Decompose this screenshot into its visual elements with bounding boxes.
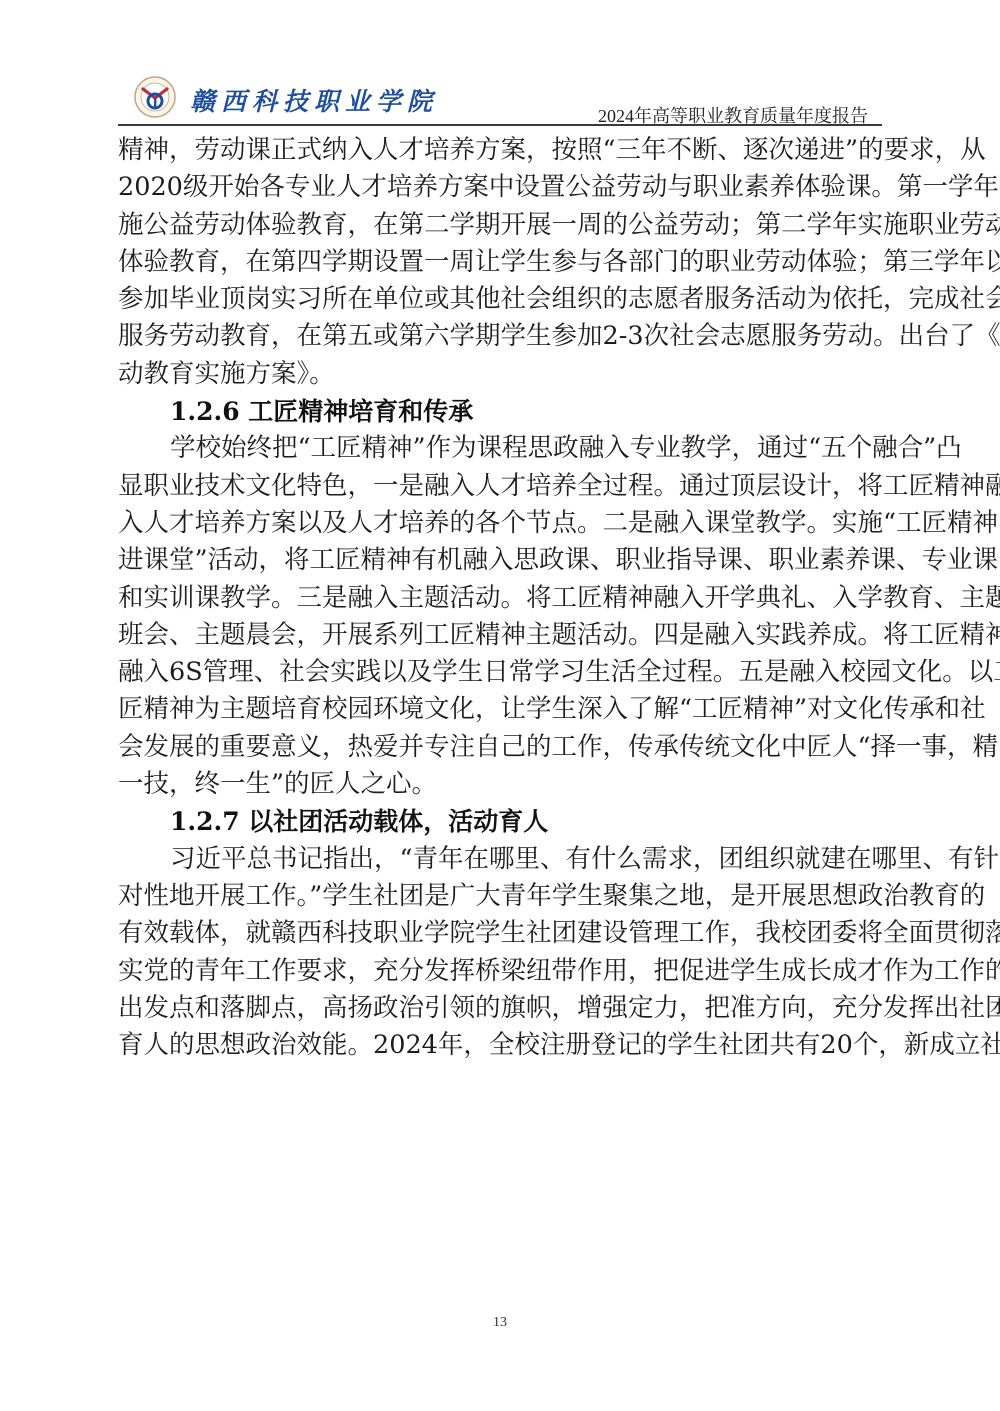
paragraph-line: 和实训课教学。三是融入主题活动。将工匠精神融入开学典礼、入学教育、主题 bbox=[118, 580, 884, 617]
school-logo-icon bbox=[134, 76, 176, 118]
paragraph-line: 学校始终把“工匠精神”作为课程思政融入专业教学，通过“五个融合”凸 bbox=[118, 430, 884, 467]
paragraph-line: 会发展的重要意义，热爱并专注自己的工作，传承传统文化中匠人“择一事，精 bbox=[118, 729, 884, 766]
paragraph-line: 入人才培养方案以及人才培养的各个节点。二是融入课堂教学。实施“工匠精神 bbox=[118, 505, 884, 542]
section-heading-1-2-7: 1.2.7 以社团活动载体，活动育人 bbox=[118, 803, 884, 840]
paragraph-line: 融入6S管理、社会实践以及学生日常学习生活全过程。五是融入校园文化。以工 bbox=[118, 654, 884, 691]
section-heading-1-2-6: 1.2.6 工匠精神培育和传承 bbox=[118, 393, 884, 430]
paragraph-line: 动教育实施方案》。 bbox=[118, 356, 884, 393]
paragraph-line: 有效载体，就赣西科技职业学院学生社团建设管理工作，我校团委将全面贯彻落 bbox=[118, 915, 884, 952]
paragraph-line: 参加毕业顶岗实习所在单位或其他社会组织的志愿者服务活动为依托，完成社会 bbox=[118, 281, 884, 318]
paragraph-line: 一技，终一生”的匠人之心。 bbox=[118, 766, 884, 803]
paragraph-line: 精神，劳动课正式纳入人才培养方案，按照“三年不断、逐次递进”的要求，从 bbox=[118, 132, 884, 169]
paragraph-line: 2020级开始各专业人才培养方案中设置公益劳动与职业素养体验课。第一学年实 bbox=[118, 169, 884, 206]
school-name: 赣西科技职业学院 bbox=[190, 82, 438, 118]
paragraph-line: 服务劳动教育，在第五或第六学期学生参加2-3次社会志愿服务劳动。出台了《劳 bbox=[118, 318, 884, 355]
paragraph-line: 体验教育，在第四学期设置一周让学生参与各部门的职业劳动体验；第三学年以 bbox=[118, 244, 884, 281]
paragraph-line: 育人的思想政治效能。2024年，全校注册登记的学生社团共有20个，新成立社 bbox=[118, 1027, 884, 1064]
paragraph-line: 施公益劳动体验教育，在第二学期开展一周的公益劳动；第二学年实施职业劳动 bbox=[118, 207, 884, 244]
paragraph-line: 对性地开展工作。”学生社团是广大青年学生聚集之地，是开展思想政治教育的 bbox=[118, 878, 884, 915]
paragraph-line: 出发点和落脚点，高扬政治引领的旗帜，增强定力，把准方向，充分发挥出社团 bbox=[118, 990, 884, 1027]
paragraph-line: 习近平总书记指出，“青年在哪里、有什么需求，团组织就建在哪里、有针 bbox=[118, 841, 884, 878]
document-body: 精神，劳动课正式纳入人才培养方案，按照“三年不断、逐次递进”的要求，从 2020… bbox=[118, 132, 884, 1064]
paragraph-line: 进课堂”活动，将工匠精神有机融入思政课、职业指导课、职业素养课、专业课 bbox=[118, 542, 884, 579]
paragraph-line: 显职业技术文化特色，一是融入人才培养全过程。通过顶层设计，将工匠精神融 bbox=[118, 468, 884, 505]
paragraph-line: 实党的青年工作要求，充分发挥桥梁纽带作用，把促进学生成长成才作为工作的 bbox=[118, 953, 884, 990]
page-header: 赣西科技职业学院 2024年高等职业教育质量年度报告 bbox=[118, 72, 882, 126]
paragraph-line: 匠精神为主题培育校园环境文化，让学生深入了解“工匠精神”对文化传承和社 bbox=[118, 691, 884, 728]
header-divider bbox=[118, 124, 882, 126]
page-number: 13 bbox=[0, 1315, 1000, 1331]
paragraph-line: 班会、主题晨会，开展系列工匠精神主题活动。四是融入实践养成。将工匠精神 bbox=[118, 617, 884, 654]
